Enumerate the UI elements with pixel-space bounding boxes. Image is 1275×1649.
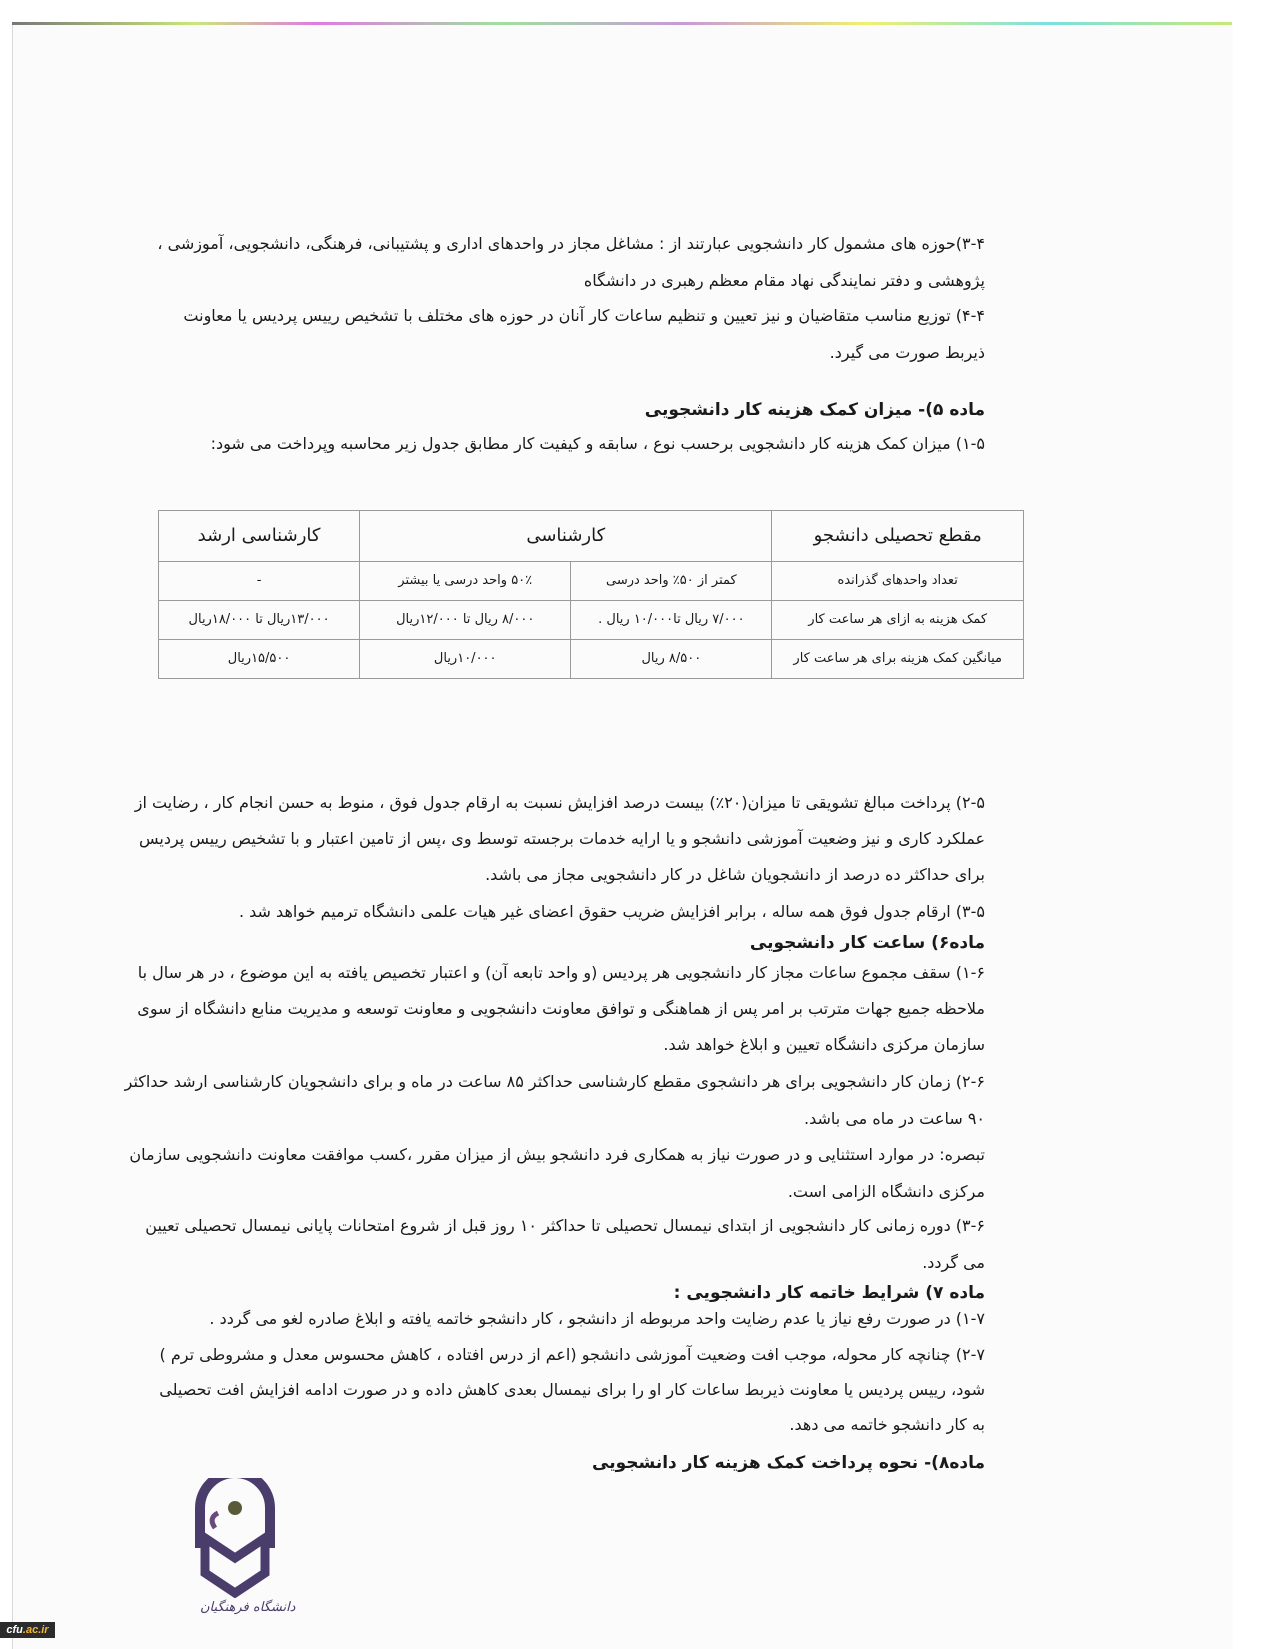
watermark-right: .ac.ir xyxy=(23,1624,49,1636)
section-7-item-2: ۲-۷) چنانچه کار محوله، موجب افت وضعیت آم… xyxy=(150,1337,985,1442)
allowance-table: مقطع تحصیلی دانشجو کارشناسی کارشناسی ارش… xyxy=(158,510,1024,679)
site-watermark: cfu.ac.ir xyxy=(0,1622,55,1638)
watermark-left: cfu xyxy=(6,1624,23,1636)
section-5-heading: ماده ۵)- میزان کمک هزینه کار دانشجویی xyxy=(600,400,985,420)
text-line: مرکزی دانشگاه الزامی است. xyxy=(100,1173,985,1210)
text-line: شود، رییس پردیس یا معاونت ذیربط ساعات کا… xyxy=(150,1372,985,1407)
text-line: تبصره: در موارد استثنایی و در صورت نیاز … xyxy=(100,1136,985,1173)
cell-master: - xyxy=(159,562,360,601)
text-line: پژوهشی و دفتر نمایندگی نهاد مقام معظم ره… xyxy=(105,262,985,299)
cell-bachelor-high: ۵۰٪ واحد درسی یا بیشتر xyxy=(360,562,571,601)
header-bachelor: کارشناسی xyxy=(360,511,772,562)
row-label: تعداد واحدهای گذرانده xyxy=(772,562,1024,601)
table-row: کمک هزینه به ازای هر ساعت کار ۷/۰۰۰ ریال… xyxy=(159,601,1024,640)
text-line: ۹۰ ساعت در ماه می باشد. xyxy=(100,1100,985,1137)
header-master: کارشناسی ارشد xyxy=(159,511,360,562)
cell-bachelor-low: ۷/۰۰۰ ریال تا۱۰/۰۰۰ ریال . xyxy=(571,601,772,640)
text-line: ملاحظه جمیع جهات مترتب بر امر پس از هماه… xyxy=(100,991,985,1027)
cell-master: ۱۳/۰۰۰ریال تا ۱۸/۰۰۰ریال xyxy=(159,601,360,640)
text-line: ذیربط صورت می گیرد. xyxy=(105,334,985,371)
university-logo-icon xyxy=(190,1478,280,1598)
section-6-item-3: ۳-۶) دوره زمانی کار دانشجویی از ابتدای ن… xyxy=(100,1207,985,1281)
text-line: ۱-۶) سقف مجموع ساعات مجاز کار دانشجویی ه… xyxy=(100,955,985,991)
section-4-item-3: ۳-۴)حوزه های مشمول کار دانشجویی عبارتند … xyxy=(105,225,985,299)
section-5-item-3: ۳-۵) ارقام جدول فوق همه ساله ، برابر افز… xyxy=(100,893,985,930)
text-line: سازمان مرکزی دانشگاه تعیین و ابلاغ خواهد… xyxy=(100,1027,985,1063)
cell-bachelor-low: کمتر از ۵۰٪ واحد درسی xyxy=(571,562,772,601)
section-6-item-2: ۲-۶) زمان کار دانشجویی برای هر دانشجوی م… xyxy=(100,1063,985,1137)
text-line: برای حداکثر ده درصد از دانشجویان شاغل در… xyxy=(100,857,985,893)
header-level: مقطع تحصیلی دانشجو xyxy=(772,511,1024,562)
scan-top-edge xyxy=(12,22,1232,25)
table-row: میانگین کمک هزینه برای هر ساعت کار ۸/۵۰۰… xyxy=(159,640,1024,679)
text-line: ۲-۷) چنانچه کار محوله، موجب افت وضعیت آم… xyxy=(150,1337,985,1372)
cell-master: ۱۵/۵۰۰ریال xyxy=(159,640,360,679)
text-line: به کار دانشجو خاتمه می دهد. xyxy=(150,1407,985,1442)
cell-bachelor-high: ۱۰/۰۰۰ریال xyxy=(360,640,571,679)
cell-bachelor-high: ۸/۰۰۰ ریال تا ۱۲/۰۰۰ریال xyxy=(360,601,571,640)
text-line: ۳-۴)حوزه های مشمول کار دانشجویی عبارتند … xyxy=(105,225,985,262)
section-6-item-1: ۱-۶) سقف مجموع ساعات مجاز کار دانشجویی ه… xyxy=(100,955,985,1063)
text-line: ۴-۴) توزیع مناسب متقاضیان و نیز تعیین و … xyxy=(105,297,985,334)
text-line: ۲-۵) پرداخت مبالغ تشویقی تا میزان(۲۰٪) ب… xyxy=(100,785,985,821)
section-5-item-1: ۱-۵) میزان کمک هزینه کار دانشجویی برحسب … xyxy=(180,425,985,462)
section-7-item-1: ۱-۷) در صورت رفع نیاز یا عدم رضایت واحد … xyxy=(160,1300,985,1337)
row-label: میانگین کمک هزینه برای هر ساعت کار xyxy=(772,640,1024,679)
section-8-heading: ماده۸)- نحوه پرداخت کمک هزینه کار دانشجو… xyxy=(580,1453,985,1473)
text-line: می گردد. xyxy=(100,1244,985,1281)
section-4-item-4: ۴-۴) توزیع مناسب متقاضیان و نیز تعیین و … xyxy=(105,297,985,371)
cell-bachelor-low: ۸/۵۰۰ ریال xyxy=(571,640,772,679)
logo-caption: دانشگاه فرهنگیان xyxy=(200,1600,295,1615)
text-line: ۲-۶) زمان کار دانشجویی برای هر دانشجوی م… xyxy=(100,1063,985,1100)
table-header-row: مقطع تحصیلی دانشجو کارشناسی کارشناسی ارش… xyxy=(159,511,1024,562)
text-line: عملکرد کاری و نیز وضعیت آموزشی دانشجو و … xyxy=(100,821,985,857)
section-5-item-2: ۲-۵) پرداخت مبالغ تشویقی تا میزان(۲۰٪) ب… xyxy=(100,785,985,893)
section-6-heading: ماده۶) ساعت کار دانشجویی xyxy=(700,933,985,953)
row-label: کمک هزینه به ازای هر ساعت کار xyxy=(772,601,1024,640)
text-line: ۳-۶) دوره زمانی کار دانشجویی از ابتدای ن… xyxy=(100,1207,985,1244)
table-row: تعداد واحدهای گذرانده کمتر از ۵۰٪ واحد د… xyxy=(159,562,1024,601)
section-6-note: تبصره: در موارد استثنایی و در صورت نیاز … xyxy=(100,1136,985,1210)
